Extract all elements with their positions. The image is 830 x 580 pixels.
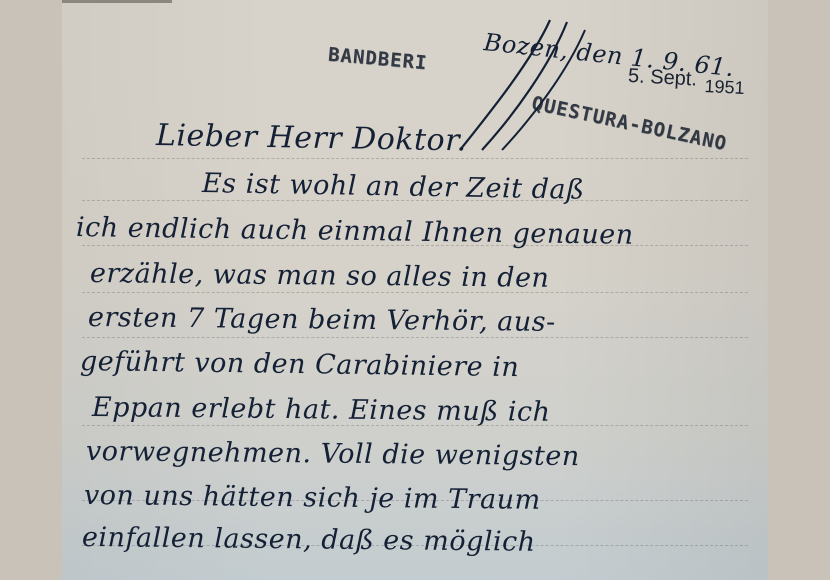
place-date: Bozen, den 1. 9. 61. — [483, 28, 736, 82]
letter-line-5: geführt von den Carabiniere in — [80, 346, 520, 383]
letter-line-8: von uns hätten sich je im Traum — [84, 480, 541, 516]
stamp-text-right: QUESTURA-BOLZANO — [530, 92, 729, 155]
guide-line — [82, 337, 748, 339]
guide-line — [82, 158, 748, 160]
letter-page: BANDBERI QUESTURA-BOLZANO 5. Sept.1951 B… — [62, 0, 768, 580]
letter-line-6: Eppan erlebt hat. Eines muß ich — [92, 392, 551, 428]
salutation: Lieber Herr Doktor. — [156, 118, 467, 158]
letter-line-3: erzähle, was man so alles in den — [90, 258, 550, 294]
stamp-text-left: BANDBERI — [327, 44, 428, 75]
page-edge-shadow — [62, 0, 172, 3]
letter-line-1: Es ist wohl an der Zeit daß — [202, 168, 585, 206]
letter-line-4: ersten 7 Tagen beim Verhör, aus- — [88, 302, 556, 338]
letter-line-9: einfallen lassen, daß es möglich — [82, 522, 536, 558]
letter-line-7: vorwegnehmen. Voll die wenigsten — [86, 436, 580, 472]
